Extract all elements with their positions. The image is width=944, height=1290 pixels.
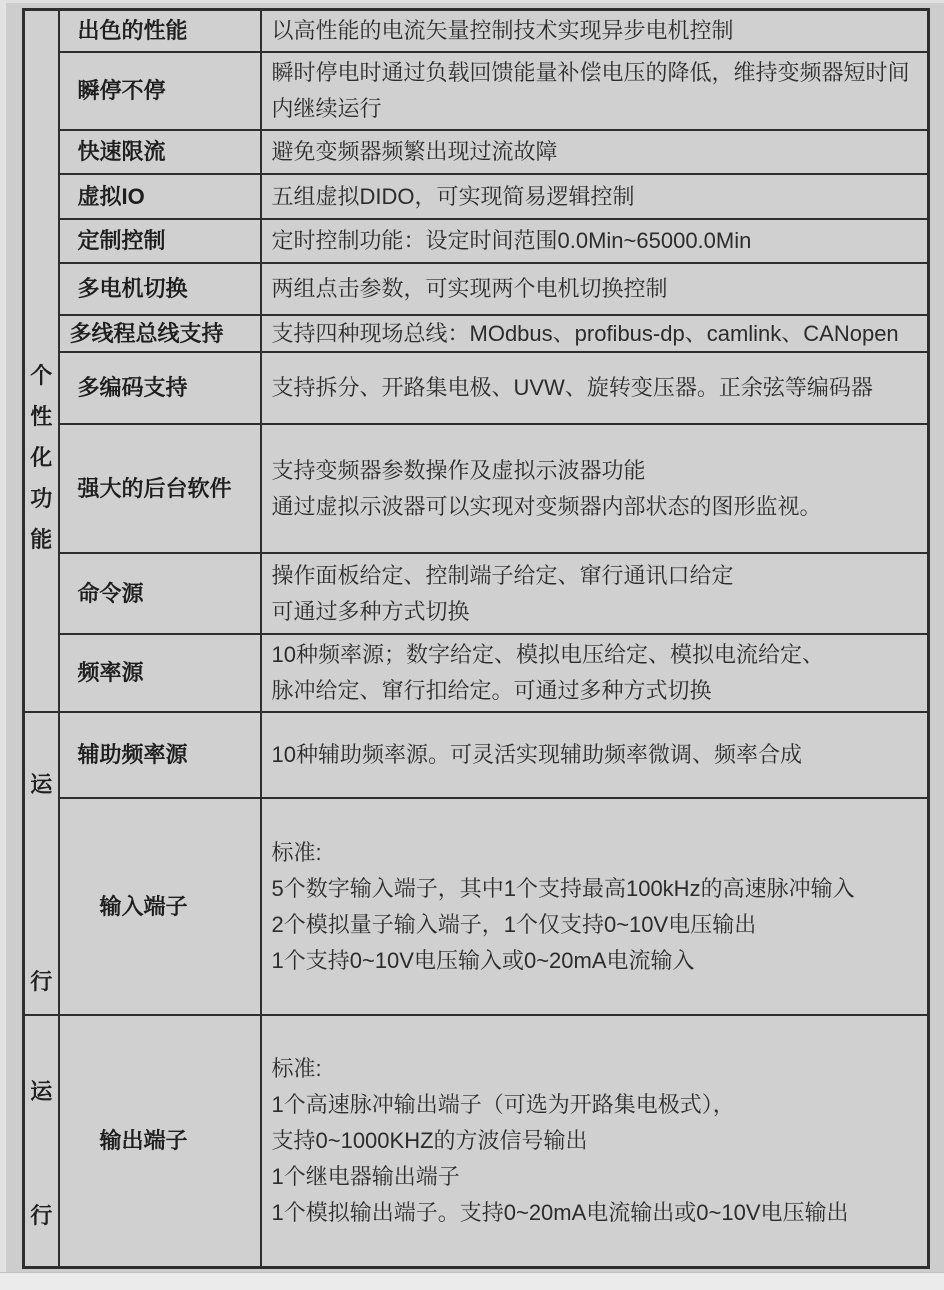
group-cell-operation-1: 运行 [24,712,59,1015]
table-row: 频率源 10种频率源；数字给定、模拟电压给定、模拟电流给定、 脉冲给定、窜行扣给… [24,634,929,712]
table-row: 运行 输出端子 标准: 1个高速脉冲输出端子（可选为开路集电极式）， 支持0~1… [24,1015,929,1267]
feature-cell: 多编码支持 [59,352,261,424]
group-cell-operation-2: 运行 [24,1015,59,1267]
desc-cell: 以高性能的电流矢量控制技术实现异步电机控制 [261,10,929,53]
feature-cell: 快速限流 [59,130,261,174]
table-row: 定制控制 定时控制功能：设定时间范围0.0Min~65000.0Min [24,219,929,263]
table-row: 虚拟IO 五组虚拟DIDO，可实现简易逻辑控制 [24,174,929,219]
desc-cell: 操作面板给定、控制端子给定、窜行通讯口给定 可通过多种方式切换 [261,553,929,634]
page-edge-left [0,0,6,1290]
group-label-vertical: 运行 [25,714,58,1013]
table-row: 输入端子 标准: 5个数字输入端子，其中1个支持最高100kHz的高速脉冲输入 … [24,798,929,1015]
desc-cell: 瞬时停电时通过负载回馈能量补偿电压的降低，维持变频器短时间内继续运行 [261,52,929,130]
table-row: 多线程总线支持 支持四种现场总线：MOdbus、profibus-dp、caml… [24,315,929,352]
spec-table: 个性化功能 出色的性能 以高性能的电流矢量控制技术实现异步电机控制 瞬停不停 瞬… [22,8,930,1269]
desc-cell: 支持拆分、开路集电极、UVW、旋转变压器。正余弦等编码器 [261,352,929,424]
feature-cell: 命令源 [59,553,261,634]
desc-cell: 支持四种现场总线：MOdbus、profibus-dp、camlink、CANo… [261,315,929,352]
table-row: 多编码支持 支持拆分、开路集电极、UVW、旋转变压器。正余弦等编码器 [24,352,929,424]
desc-cell: 五组虚拟DIDO，可实现简易逻辑控制 [261,174,929,219]
feature-cell: 瞬停不停 [59,52,261,130]
table-row: 快速限流 避免变频器频繁出现过流故障 [24,130,929,174]
feature-cell: 多线程总线支持 [59,315,261,352]
page-edge-bottom [0,1272,944,1290]
desc-cell: 标准: 5个数字输入端子，其中1个支持最高100kHz的高速脉冲输入 2个模拟量… [261,798,929,1015]
feature-cell: 强大的后台软件 [59,424,261,553]
table-row: 命令源 操作面板给定、控制端子给定、窜行通讯口给定 可通过多种方式切换 [24,553,929,634]
table-row: 强大的后台软件 支持变频器参数操作及虚拟示波器功能 通过虚拟示波器可以实现对变频… [24,424,929,553]
feature-cell: 输出端子 [59,1015,261,1267]
feature-cell: 多电机切换 [59,263,261,315]
desc-cell: 标准: 1个高速脉冲输出端子（可选为开路集电极式）， 支持0~1000KHZ的方… [261,1015,929,1267]
desc-cell: 10种辅助频率源。可灵活实现辅助频率微调、频率合成 [261,712,929,798]
group-label-vertical: 运行 [25,1017,58,1265]
page-edge-top [0,0,944,3]
feature-cell: 虚拟IO [59,174,261,219]
group-cell-personalized-functions: 个性化功能 [24,10,59,713]
desc-cell: 避免变频器频繁出现过流故障 [261,130,929,174]
desc-cell: 支持变频器参数操作及虚拟示波器功能 通过虚拟示波器可以实现对变频器内部状态的图形… [261,424,929,553]
table-row: 运行 辅助频率源 10种辅助频率源。可灵活实现辅助频率微调、频率合成 [24,712,929,798]
table-row: 个性化功能 出色的性能 以高性能的电流矢量控制技术实现异步电机控制 [24,10,929,53]
table-row: 瞬停不停 瞬时停电时通过负载回馈能量补偿电压的降低，维持变频器短时间内继续运行 [24,52,929,130]
feature-cell: 出色的性能 [59,10,261,53]
feature-cell: 辅助频率源 [59,712,261,798]
feature-cell: 输入端子 [59,798,261,1015]
desc-cell: 10种频率源；数字给定、模拟电压给定、模拟电流给定、 脉冲给定、窜行扣给定。可通… [261,634,929,712]
desc-cell: 定时控制功能：设定时间范围0.0Min~65000.0Min [261,219,929,263]
table-row: 多电机切换 两组点击参数，可实现两个电机切换控制 [24,263,929,315]
feature-cell: 定制控制 [59,219,261,263]
feature-cell: 频率源 [59,634,261,712]
group-label-vertical: 个性化功能 [25,172,58,551]
desc-cell: 两组点击参数，可实现两个电机切换控制 [261,263,929,315]
